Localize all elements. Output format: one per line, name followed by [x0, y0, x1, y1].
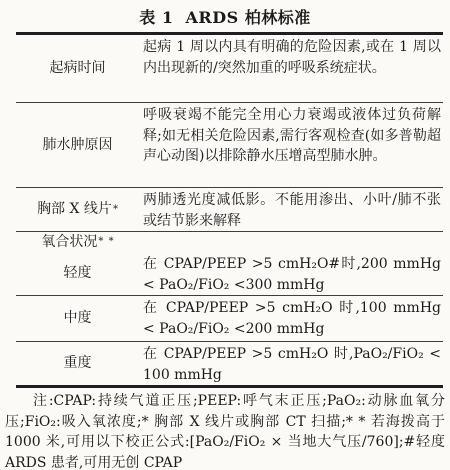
- row-content: 呼吸衰竭不能完全用心力衰竭或液体过负荷解释;如无相关危险因素,需行客观检查(如多…: [140, 103, 443, 187]
- row-label: 中度: [16, 296, 140, 341]
- row-label-text: 肺水肿原因: [43, 135, 113, 156]
- row-content: 两肺透光度减低影。不能用渗出、小叶/肺不张或结节影来解释: [140, 188, 443, 231]
- table-row-mild: 轻度 在 CPAP/PEEP >5 cmH₂O#时,200 mmHg < PaO…: [16, 252, 443, 296]
- row-label: 起病时间: [16, 35, 140, 102]
- row-content: 在 CPAP/PEEP >5 cmH₂O#时,200 mmHg < PaO₂/F…: [140, 252, 443, 295]
- row-label: 轻度: [16, 252, 140, 295]
- row-content: 在 CPAP/PEEP >5 cmH₂O 时,PaO₂/FiO₂ < 100 m…: [140, 342, 443, 385]
- table-row-severe: 重度 在 CPAP/PEEP >5 cmH₂O 时,PaO₂/FiO₂ < 10…: [16, 342, 443, 385]
- table-title: 表 1ARDS 柏林标准: [0, 6, 450, 32]
- row-label-text: 重度: [64, 353, 92, 374]
- criteria-table: 起病时间 起病 1 周以内具有明确的危险因素,或在 1 周以内出现新的/突然加重…: [16, 32, 443, 388]
- row-label: 肺水肿原因: [16, 103, 140, 187]
- row-label-text: 胸部 X 线片: [37, 199, 112, 220]
- document-page: 表 1ARDS 柏林标准 起病时间 起病 1 周以内具有明确的危险因素,或在 1…: [0, 6, 450, 470]
- row-label-marker: * *: [98, 237, 114, 247]
- row-content: [140, 232, 443, 252]
- row-label-marker: *: [113, 205, 119, 215]
- table-row-chest-xray: 胸部 X 线片* 两肺透光度减低影。不能用渗出、小叶/肺不张或结节影来解释: [16, 188, 443, 232]
- table-row-onset-time: 起病时间 起病 1 周以内具有明确的危险因素,或在 1 周以内出现新的/突然加重…: [16, 35, 443, 103]
- table-row-oxygenation: 氧合状况* *: [16, 232, 443, 252]
- row-label: 重度: [16, 342, 140, 385]
- row-label-text: 中度: [64, 308, 92, 329]
- row-content: 起病 1 周以内具有明确的危险因素,或在 1 周以内出现新的/突然加重的呼吸系统…: [140, 35, 443, 102]
- table-row-edema-origin: 肺水肿原因 呼吸衰竭不能完全用心力衰竭或液体过负荷解释;如无相关危险因素,需行客…: [16, 103, 443, 188]
- table-row-moderate: 中度 在 CPAP/PEEP >5 cmH₂O 时,100 mmHg < PaO…: [16, 296, 443, 342]
- row-label: 氧合状况* *: [16, 232, 140, 252]
- row-label: 胸部 X 线片*: [16, 188, 140, 231]
- row-label-text: 起病时间: [50, 58, 106, 79]
- table-title-text: ARDS 柏林标准: [186, 8, 311, 27]
- row-label-text: 轻度: [64, 263, 92, 284]
- row-label-text: 氧合状况: [41, 232, 97, 252]
- row-content: 在 CPAP/PEEP >5 cmH₂O 时,100 mmHg < PaO₂/F…: [140, 296, 443, 341]
- table-number: 表 1: [139, 8, 173, 27]
- footnotes: 注:CPAP:持续气道正压;PEEP:呼气末正压;PaO₂:动脉血氧分压;FiO…: [5, 391, 445, 470]
